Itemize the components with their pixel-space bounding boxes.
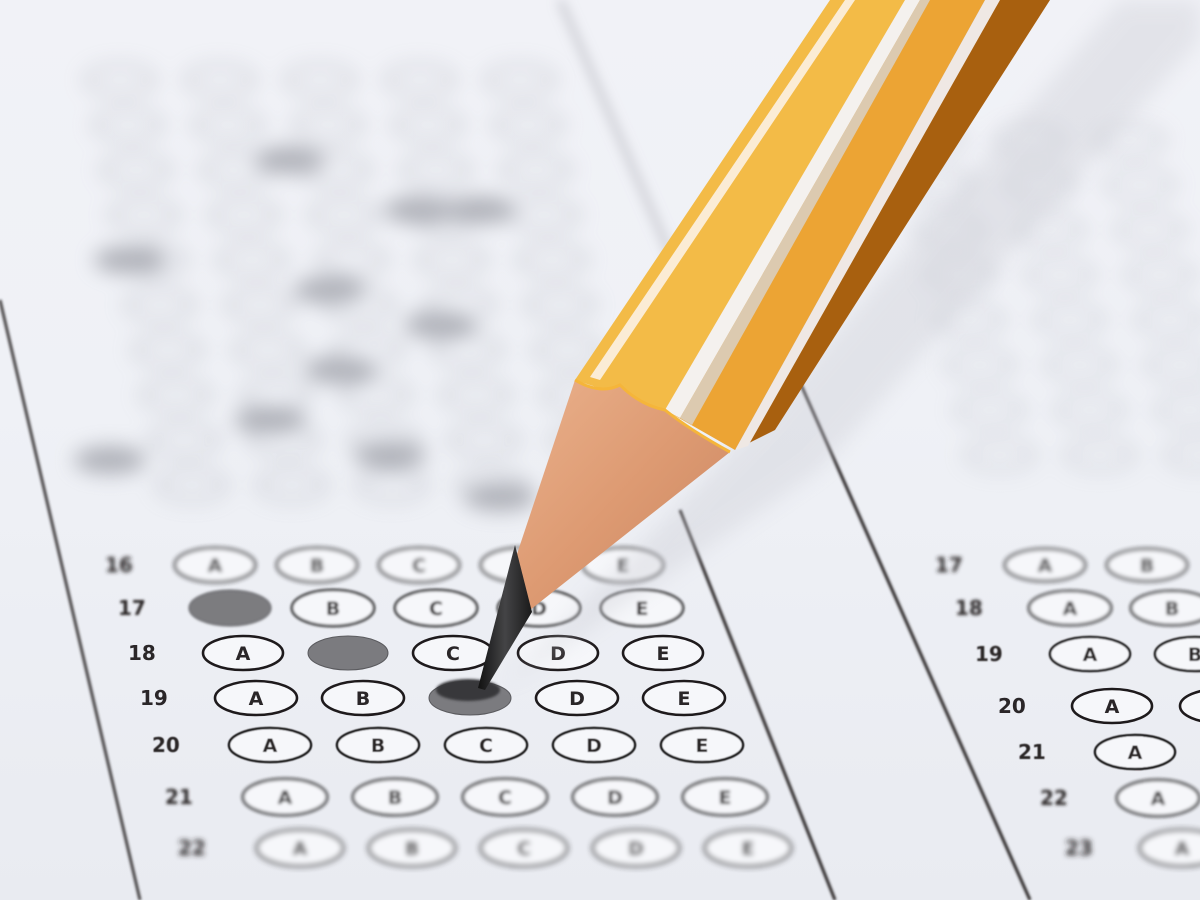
question-number: 19 xyxy=(975,642,1003,666)
bubble-letter: C xyxy=(429,598,443,620)
answer-bubble-b[interactable]: B xyxy=(322,681,404,715)
bubble-letter: B xyxy=(326,598,340,620)
answer-row: 21A xyxy=(1018,735,1175,769)
answer-row: 21ABCDE xyxy=(165,779,767,815)
bubble-letter: C xyxy=(479,735,493,757)
answer-bubble-d[interactable]: D xyxy=(553,728,635,762)
answer-row: 19ABDE xyxy=(140,681,725,715)
bubble-letter: D xyxy=(586,735,602,757)
answer-bubble-a[interactable]: A xyxy=(1029,591,1111,625)
answer-bubble-c[interactable]: C xyxy=(413,636,493,670)
bubble-letter: B xyxy=(1140,555,1154,577)
bubble-letter: A xyxy=(278,787,293,809)
bubble-letter: A xyxy=(263,735,278,757)
answer-sheet: 16ABCDE17BCDE18ACDE19ABDE20ABCDE21ABCDE2… xyxy=(0,0,1200,900)
bubble-letter: C xyxy=(517,838,531,860)
answer-bubble-e[interactable]: E xyxy=(661,728,743,762)
answer-row: 23A xyxy=(1065,830,1200,866)
answer-bubble-c[interactable]: C xyxy=(379,548,459,582)
answer-bubble-a[interactable]: A xyxy=(1005,549,1085,581)
bubble-letter: A xyxy=(1063,598,1078,620)
answer-bubble-a[interactable]: A xyxy=(1117,780,1199,816)
bubble-letter: A xyxy=(1128,742,1143,764)
question-number: 17 xyxy=(935,553,963,577)
bubble-letter: E xyxy=(696,735,709,757)
answer-bubble-b[interactable]: B xyxy=(337,728,419,762)
answer-bubble-a[interactable]: A xyxy=(215,681,297,715)
answer-bubble-a[interactable]: A xyxy=(1050,637,1130,671)
answer-row: 22ABCDE xyxy=(178,830,791,866)
question-number: 22 xyxy=(178,836,206,860)
answer-bubble-c[interactable]: C xyxy=(445,728,527,762)
answer-bubble-b[interactable]: B xyxy=(1155,637,1200,671)
answer-bubble-e[interactable]: E xyxy=(643,681,725,715)
answer-row: 18AB xyxy=(955,591,1200,625)
bubble-letter: E xyxy=(742,838,755,860)
bubble-letter: A xyxy=(293,838,308,860)
bubble-letter: B xyxy=(310,555,324,577)
answer-bubble-a[interactable]: A xyxy=(1095,735,1175,769)
bubble-letter: A xyxy=(208,555,223,577)
answer-bubble-e[interactable]: E xyxy=(623,636,703,670)
bubble-letter: D xyxy=(607,787,623,809)
answer-bubble-b[interactable]: B xyxy=(1107,549,1187,581)
bubble-letter: B xyxy=(1165,598,1179,620)
bubble-letter: B xyxy=(1188,644,1200,666)
answer-bubble-a[interactable]: A xyxy=(229,728,311,762)
bubble-letter: A xyxy=(1083,644,1098,666)
bubble-letter: A xyxy=(1105,696,1120,718)
bubble-letter: A xyxy=(1038,555,1053,577)
bubble-letter: A xyxy=(249,688,264,710)
answer-row: 20ABCDE xyxy=(152,728,743,762)
answer-bubble-c[interactable]: C xyxy=(481,830,567,866)
answer-bubble-c[interactable]: C xyxy=(463,779,547,815)
question-number: 17 xyxy=(118,596,146,620)
bubble-letter: E xyxy=(719,787,732,809)
pencil xyxy=(478,0,1200,690)
right-answer-column: 17AB18AB19AB20AB21A22A23A xyxy=(935,549,1200,866)
question-number: 18 xyxy=(128,641,156,665)
answer-bubble-a[interactable]: A xyxy=(1140,830,1200,866)
answer-bubble-b[interactable]: B xyxy=(292,590,374,626)
bubble-letter: B xyxy=(356,688,370,710)
bubble-letter: B xyxy=(371,735,385,757)
answer-bubble-b[interactable]: B xyxy=(1180,689,1200,723)
answer-row: 20AB xyxy=(998,689,1200,723)
bubble-letter: C xyxy=(446,643,460,665)
answer-bubble-a[interactable]: A xyxy=(1072,689,1152,723)
answer-bubble-b[interactable]: B xyxy=(353,779,437,815)
question-number: 20 xyxy=(998,694,1026,718)
bubble-letter: B xyxy=(405,838,419,860)
bubble-letter: A xyxy=(236,643,251,665)
question-number: 21 xyxy=(1018,740,1046,764)
answer-bubble-a[interactable]: A xyxy=(203,636,283,670)
question-number: 18 xyxy=(955,596,983,620)
answer-bubble-b[interactable]: B xyxy=(277,548,357,582)
question-number: 23 xyxy=(1065,836,1093,860)
answer-bubble-d[interactable]: D xyxy=(573,779,657,815)
graphite-mark xyxy=(436,679,500,701)
answer-bubble-a[interactable]: A xyxy=(175,548,255,582)
answer-row: 22A xyxy=(1040,780,1199,816)
bubble-letter: A xyxy=(1175,838,1190,860)
answer-bubble-e[interactable]: E xyxy=(705,830,791,866)
question-number: 20 xyxy=(152,733,180,757)
answer-bubble-c[interactable]: C xyxy=(395,590,477,626)
answer-bubble-a[interactable] xyxy=(189,590,271,626)
bubble-letter: C xyxy=(498,787,512,809)
bubble-letter: E xyxy=(636,598,649,620)
question-number: 22 xyxy=(1040,786,1068,810)
answer-sheet-photo: 16ABCDE17BCDE18ACDE19ABDE20ABCDE21ABCDE2… xyxy=(0,0,1200,900)
answer-row: 19AB xyxy=(975,637,1200,671)
bubble-letter: D xyxy=(569,688,585,710)
left-answer-column: 16ABCDE17BCDE18ACDE19ABDE20ABCDE21ABCDE2… xyxy=(105,548,791,866)
bubble-letter: E xyxy=(657,643,670,665)
answer-bubble-b[interactable]: B xyxy=(369,830,455,866)
answer-row: 17AB xyxy=(935,549,1187,581)
question-number: 16 xyxy=(105,553,133,577)
bubble-letter: A xyxy=(1151,788,1166,810)
question-number: 21 xyxy=(165,785,193,809)
answer-bubble-d[interactable]: D xyxy=(593,830,679,866)
answer-bubble-b[interactable] xyxy=(308,636,388,670)
answer-row: 18ACDE xyxy=(128,636,703,670)
bubble-letter: C xyxy=(412,555,426,577)
answer-bubble-b[interactable]: B xyxy=(1131,591,1200,625)
bubble-letter: E xyxy=(678,688,691,710)
question-number: 19 xyxy=(140,686,168,710)
bubble-letter: D xyxy=(628,838,644,860)
answer-bubble-a[interactable]: A xyxy=(257,830,343,866)
bubble-letter: B xyxy=(388,787,402,809)
answer-bubble-a[interactable]: A xyxy=(243,779,327,815)
answer-bubble-e[interactable]: E xyxy=(683,779,767,815)
answer-bubble-d[interactable]: D xyxy=(536,681,618,715)
